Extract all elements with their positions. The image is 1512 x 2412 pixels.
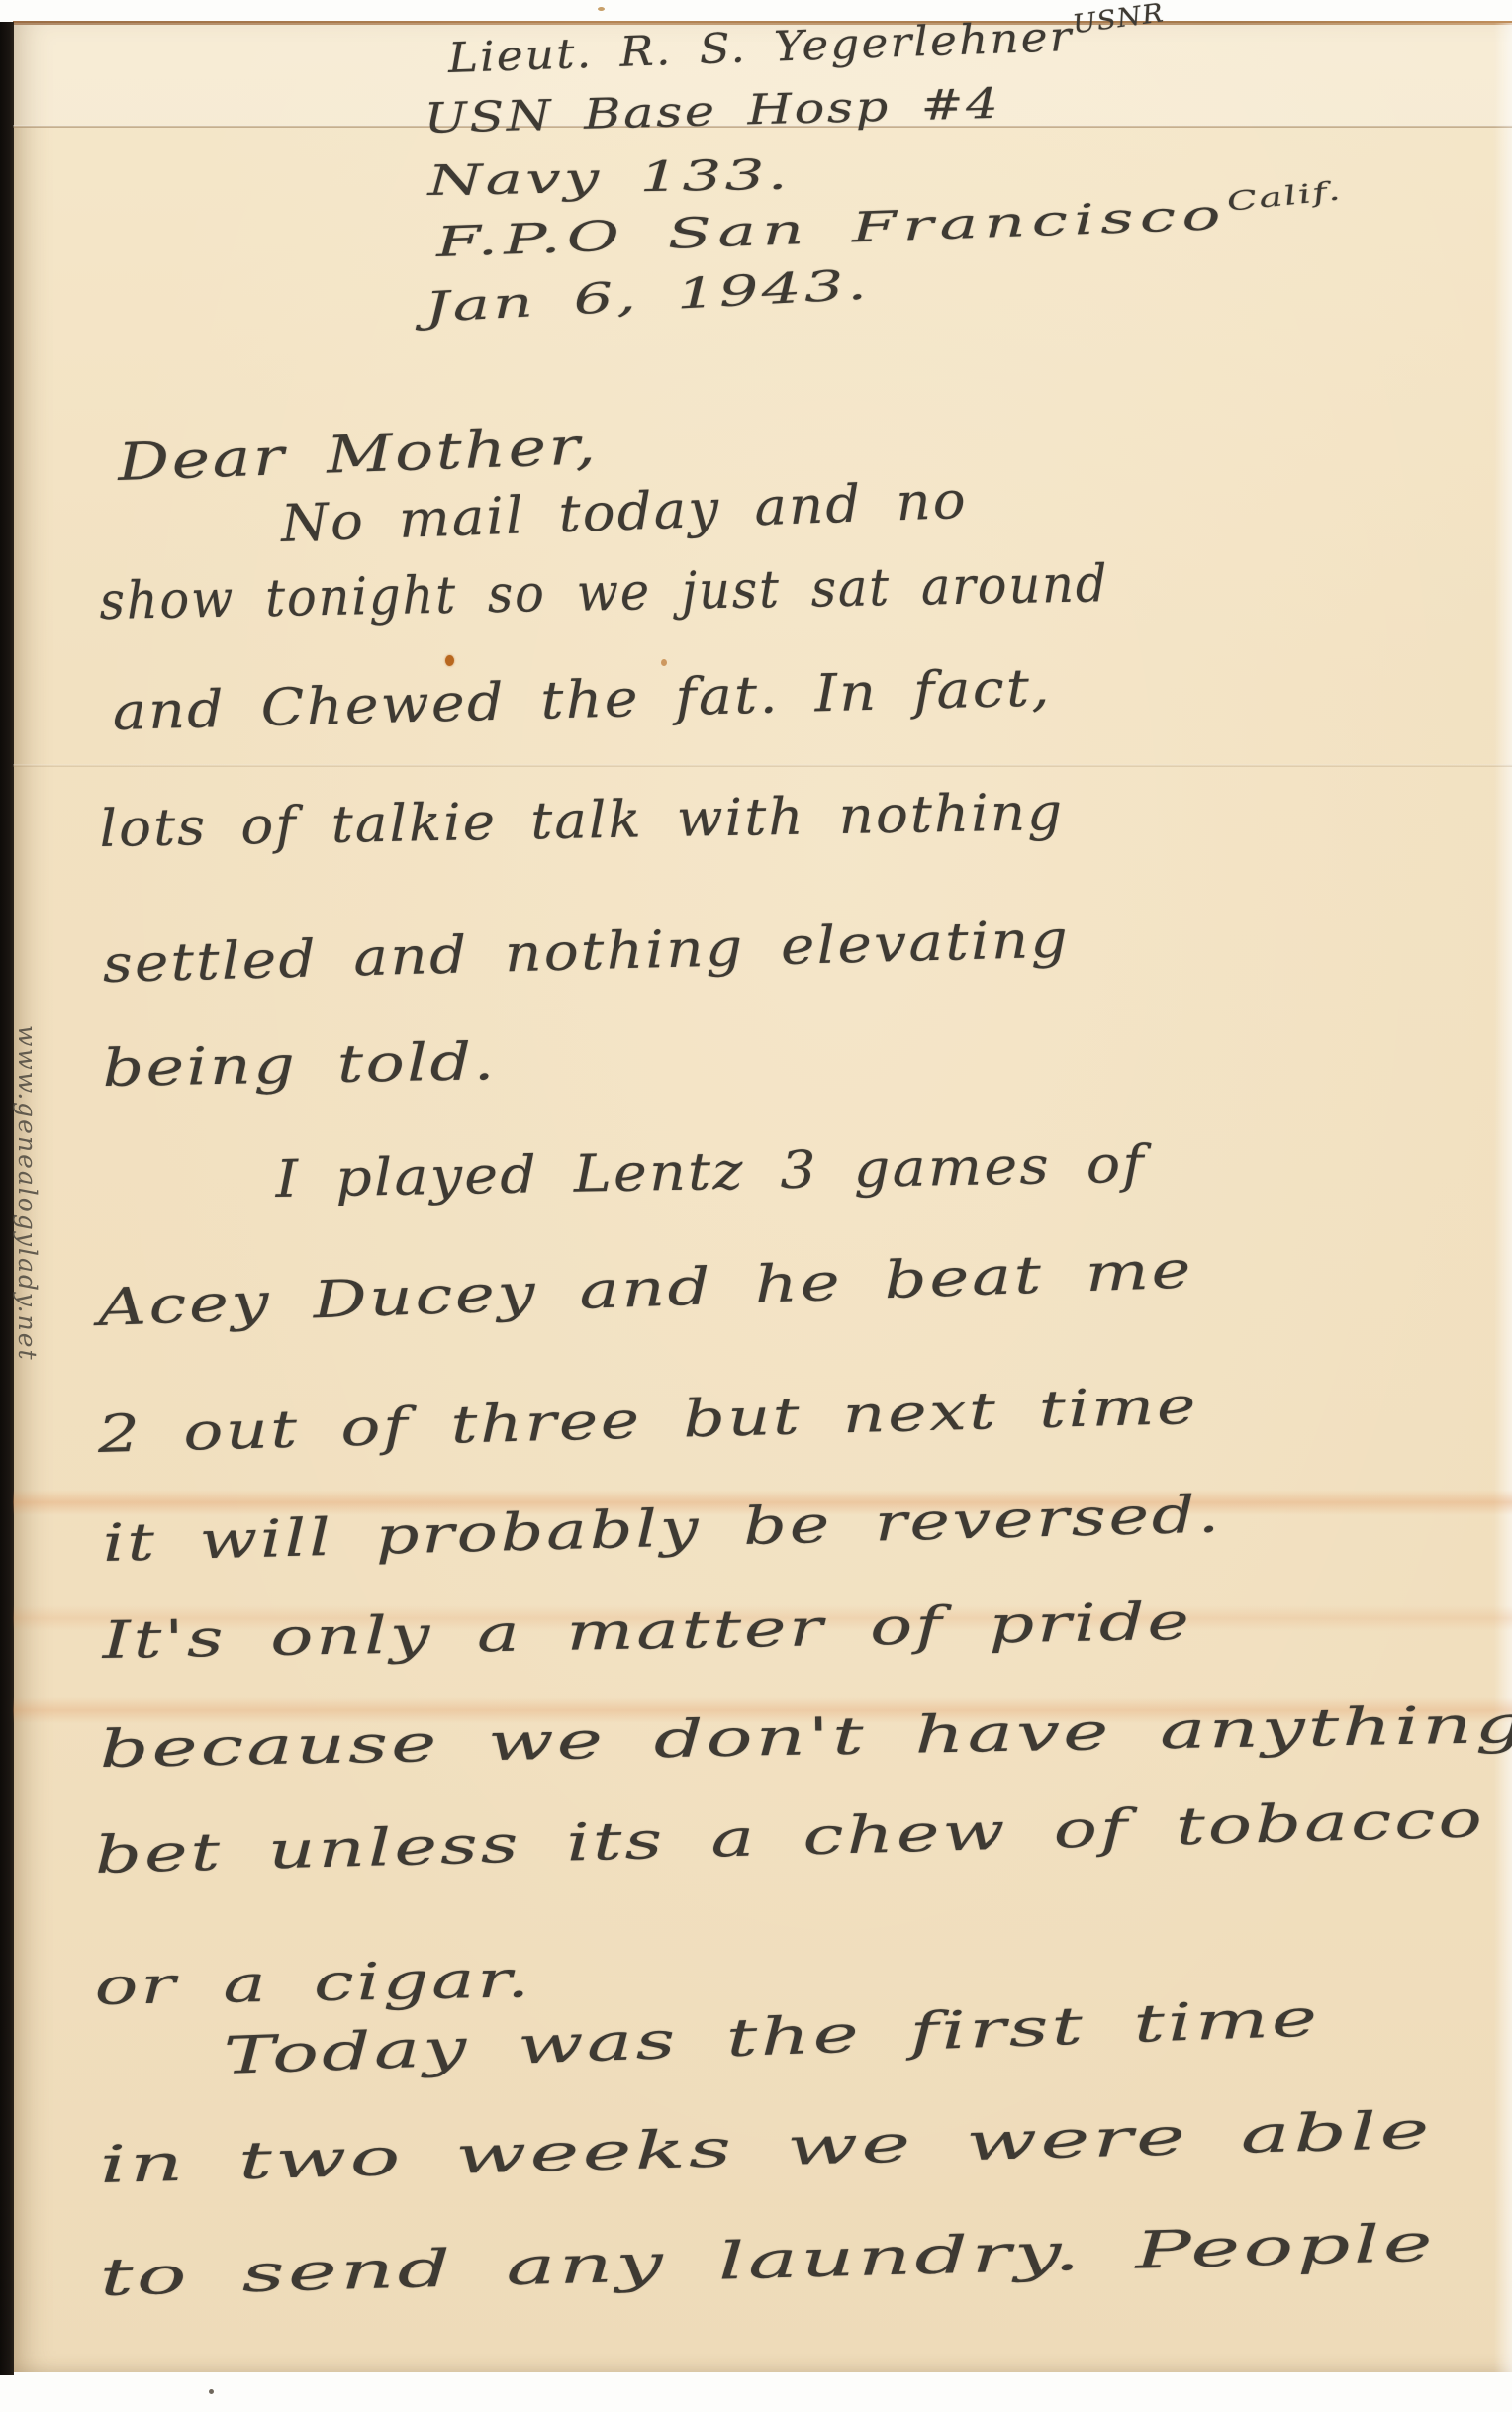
body-line: being told. [102,1032,497,1099]
scan-speck [598,7,605,11]
scan-speck [209,2389,214,2394]
paper-right-edge-highlight [1494,23,1512,2372]
scan-black-edge [0,22,14,2375]
watermark-text: www.genealogylady.net [13,1025,42,1441]
rust-stain-dot [661,659,667,666]
body-line: or a cigar. [94,1950,532,2017]
heading-line-navy-number: Navy 133. [427,150,791,205]
letter-scan-page: www.genealogylady.net Lieut. R. S. Yeger… [0,0,1512,2412]
rust-stain-dot [445,655,454,666]
heading-usnr-superscript: USNR [1071,0,1166,40]
